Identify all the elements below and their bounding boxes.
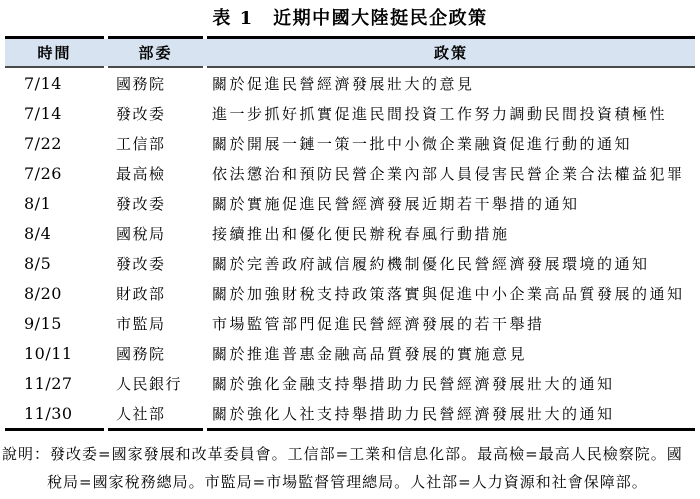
cell-policy: 關於完善政府誠信履約機制優化民營經濟發展環境的通知	[207, 253, 695, 274]
footnote-line: 說明：發改委=國家發展和改革委員會。工信部=工業和信息化部。最高檢=最高人民檢察…	[2, 440, 698, 468]
cell-policy: 關於促進民營經濟發展壯大的意見	[207, 73, 695, 94]
cell-ministry: 人民銀行	[108, 373, 203, 394]
cell-ministry: 發改委	[108, 103, 203, 124]
cell-ministry: 國務院	[108, 343, 203, 364]
border-segment	[5, 428, 104, 431]
cell-ministry: 最高檢	[108, 163, 203, 184]
page: { "title": "表 1 近期中國大陸挺民企政策", "table": {…	[0, 0, 700, 499]
border-segment	[207, 66, 695, 68]
column-header-policy: 政策	[207, 42, 695, 63]
cell-date: 8/20	[5, 284, 104, 303]
table-row: 8/4國稅局接續推出和優化便民辦稅春風行動措施	[5, 218, 695, 248]
cell-date: 8/5	[5, 254, 104, 273]
table-body: 7/14國務院關於促進民營經濟發展壯大的意見7/14發改委進一步抓好抓實促進民間…	[5, 68, 695, 428]
border-segment	[108, 428, 203, 431]
border-segment	[108, 36, 203, 39]
table-row: 8/1發改委關於實施促進民營經濟發展近期若干舉措的通知	[5, 188, 695, 218]
table-title: 表 1 近期中國大陸挺民企政策	[0, 0, 700, 36]
cell-date: 9/15	[5, 314, 104, 333]
cell-ministry: 發改委	[108, 253, 203, 274]
cell-policy: 關於開展一鏈一策一批中小微企業融資促進行動的通知	[207, 133, 695, 154]
column-header-time: 時間	[5, 42, 104, 63]
border-segment	[5, 66, 104, 68]
table-row: 7/14國務院關於促進民營經濟發展壯大的意見	[5, 68, 695, 98]
cell-ministry: 國務院	[108, 73, 203, 94]
cell-policy: 關於實施促進民營經濟發展近期若干舉措的通知	[207, 193, 695, 214]
table-row: 7/22工信部關於開展一鏈一策一批中小微企業融資促進行動的通知	[5, 128, 695, 158]
table-row: 7/26最高檢依法懲治和預防民營企業內部人員侵害民營企業合法權益犯罪	[5, 158, 695, 188]
table-bottom-border	[5, 428, 695, 431]
cell-date: 8/1	[5, 194, 104, 213]
table-row: 8/5發改委關於完善政府誠信履約機制優化民營經濟發展環境的通知	[5, 248, 695, 278]
cell-policy: 進一步抓好抓實促進民間投資工作努力調動民間投資積極性	[207, 103, 695, 124]
table-header-row: 時間 部委 政策	[5, 39, 695, 66]
cell-ministry: 財政部	[108, 283, 203, 304]
cell-date: 7/22	[5, 134, 104, 153]
cell-policy: 依法懲治和預防民營企業內部人員侵害民營企業合法權益犯罪	[207, 163, 695, 184]
cell-policy: 接續推出和優化便民辦稅春風行動措施	[207, 223, 695, 244]
cell-date: 8/4	[5, 224, 104, 243]
cell-ministry: 市監局	[108, 313, 203, 334]
cell-policy: 關於推進普惠金融高品質發展的實施意見	[207, 343, 695, 364]
cell-date: 7/26	[5, 164, 104, 183]
cell-date: 7/14	[5, 104, 104, 123]
table-row: 9/15市監局市場監管部門促進民營經濟發展的若干舉措	[5, 308, 695, 338]
cell-date: 7/14	[5, 74, 104, 93]
footnote-line: 稅局=國家稅務總局。市監局=市場監督管理總局。人社部=人力資源和社會保障部。	[2, 468, 698, 496]
border-segment	[207, 428, 695, 431]
cell-policy: 關於加強財稅支持政策落實與促進中小企業高品質發展的通知	[207, 283, 695, 304]
column-header-ministry: 部委	[108, 42, 203, 63]
cell-ministry: 國稅局	[108, 223, 203, 244]
table-row: 8/20財政部關於加強財稅支持政策落實與促進中小企業高品質發展的通知	[5, 278, 695, 308]
table-row: 11/30人社部關於強化人社支持舉措助力民營經濟發展壯大的通知	[5, 398, 695, 428]
policy-table: 時間 部委 政策 7/14國務院關於促進民營經濟發展壯大的意見7/14發改委進一…	[5, 36, 695, 431]
cell-ministry: 發改委	[108, 193, 203, 214]
cell-policy: 市場監管部門促進民營經濟發展的若干舉措	[207, 313, 695, 334]
table-row: 11/27人民銀行關於強化金融支持舉措助力民營經濟發展壯大的通知	[5, 368, 695, 398]
border-segment	[5, 36, 104, 39]
cell-date: 11/27	[5, 374, 104, 393]
table-row: 10/11國務院關於推進普惠金融高品質發展的實施意見	[5, 338, 695, 368]
cell-policy: 關於強化金融支持舉措助力民營經濟發展壯大的通知	[207, 373, 695, 394]
footnote: 說明：發改委=國家發展和改革委員會。工信部=工業和信息化部。最高檢=最高人民檢察…	[0, 440, 700, 496]
cell-policy: 關於強化人社支持舉措助力民營經濟發展壯大的通知	[207, 403, 695, 424]
cell-date: 10/11	[5, 344, 104, 363]
table-top-border	[5, 36, 695, 39]
border-segment	[207, 36, 695, 39]
cell-ministry: 人社部	[108, 403, 203, 424]
border-segment	[108, 66, 203, 68]
header-divider	[5, 66, 695, 68]
cell-date: 11/30	[5, 404, 104, 423]
table-row: 7/14發改委進一步抓好抓實促進民間投資工作努力調動民間投資積極性	[5, 98, 695, 128]
cell-ministry: 工信部	[108, 133, 203, 154]
